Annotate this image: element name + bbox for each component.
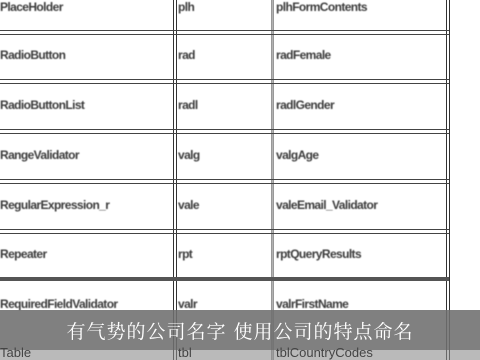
cell-control: RequiredFieldValidator <box>0 297 118 311</box>
cell-control: RangeValidator <box>0 148 79 162</box>
row-divider <box>0 229 449 234</box>
cell-example: valgAge <box>276 148 318 162</box>
cell-example: tblCountryCodes <box>276 345 373 360</box>
cell-example: radlGender <box>276 98 334 112</box>
cell-example: plhFormContents <box>276 0 367 14</box>
cell-prefix: valg <box>178 148 200 162</box>
cell-example: rptQueryResults <box>276 247 361 261</box>
cell-example: valrFirstName <box>276 297 348 311</box>
row-divider <box>0 30 449 35</box>
row-divider <box>0 179 449 184</box>
cell-prefix: plh <box>178 0 194 14</box>
cell-example: valeEmail_Validator <box>276 198 377 212</box>
cell-control: RadioButtonList <box>0 98 84 112</box>
cell-prefix: valr <box>178 297 197 311</box>
row-divider <box>0 79 449 84</box>
naming-convention-table: PlaceHolder plh plhFormContents RadioBut… <box>0 0 480 360</box>
cell-control: RadioButton <box>0 48 65 62</box>
cell-example: radFemale <box>276 48 331 62</box>
row-divider <box>0 129 449 134</box>
row-divider <box>0 277 449 281</box>
bottom-row-shade <box>0 350 480 360</box>
cell-prefix: tbl <box>178 345 192 360</box>
cell-prefix: rpt <box>178 247 192 261</box>
cell-prefix: radl <box>178 98 198 112</box>
cell-control: Table <box>0 345 31 360</box>
cell-prefix: rad <box>178 48 195 62</box>
caption-text: 有气势的公司名字 使用公司的特点命名 <box>66 317 413 344</box>
caption-banner: 有气势的公司名字 使用公司的特点命名 <box>0 310 480 350</box>
cell-prefix: vale <box>178 198 199 212</box>
cell-control: PlaceHolder <box>0 0 63 14</box>
cell-control: RegularExpression_r <box>0 198 109 212</box>
cell-control: Repeater <box>0 247 47 261</box>
